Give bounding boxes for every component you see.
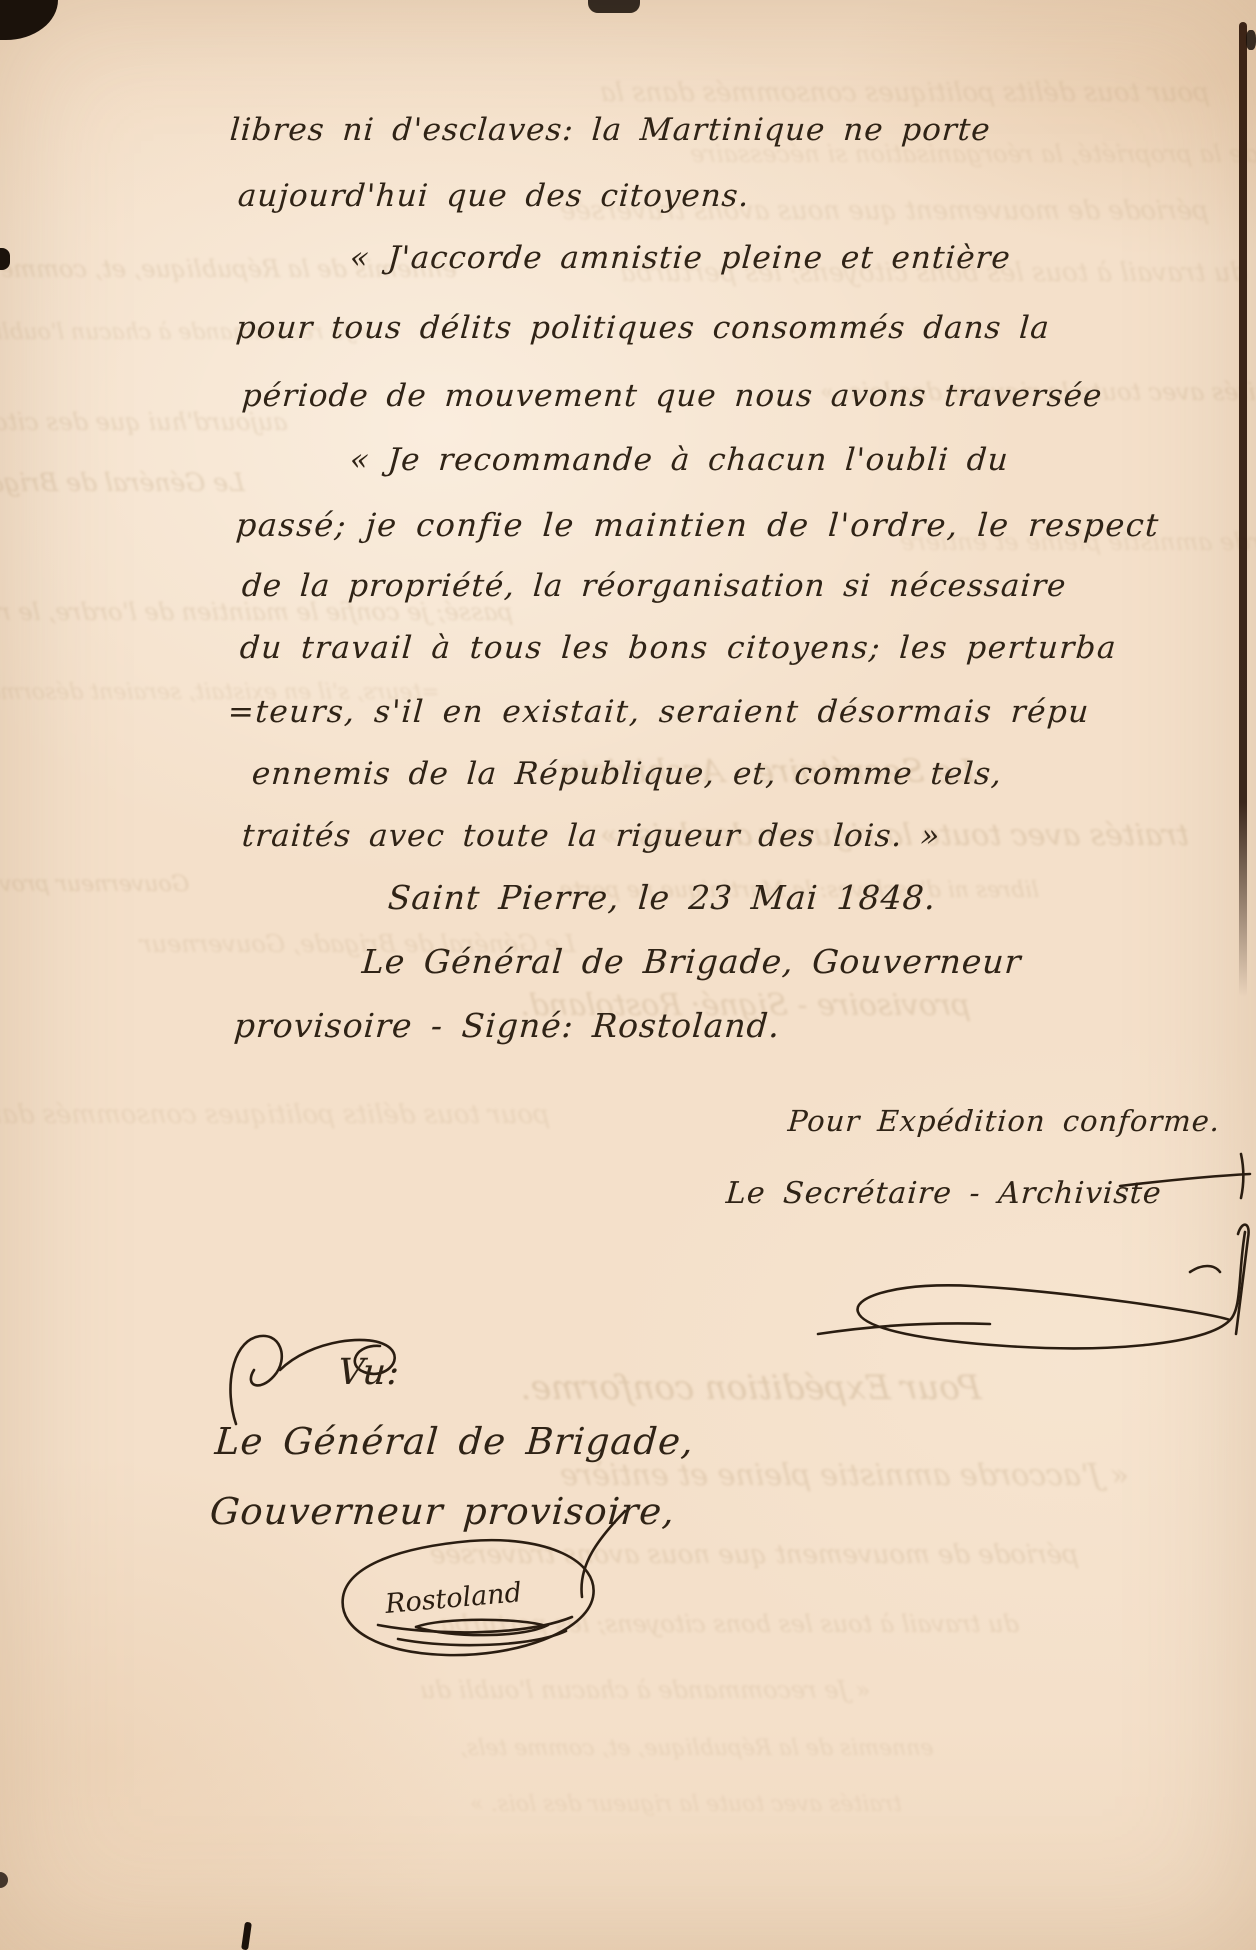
manuscript-line: de la propriété, la réorganisation si né… <box>241 568 1068 604</box>
scan-artifact-left-mark <box>0 248 10 270</box>
manuscript-line: =teurs, s'il en existait, seraient désor… <box>227 694 1091 730</box>
manuscript-line: aujourd'hui que des citoyens. <box>237 178 751 214</box>
bleedthrough-line: Gouverneur provisoire, <box>0 872 190 897</box>
certification-line: Le Secrétaire - Archiviste <box>725 1176 1163 1211</box>
signature-line: Le Général de Brigade, Gouverneur <box>361 942 1023 981</box>
vu-flourish <box>222 1328 442 1428</box>
manuscript-line: traités avec toute la rigueur des lois. … <box>241 818 942 854</box>
bleedthrough-line: « J'accorde amnistie pleine et entière <box>559 1458 1130 1493</box>
bleedthrough-line: « Je recommande à chacun l'oubli du <box>419 1676 871 1704</box>
scan-artifact-top-nick <box>588 0 640 13</box>
scan-artifact-left-mark <box>0 1872 8 1888</box>
manuscript-line: « J'accorde amnistie pleine et entière <box>349 240 1012 276</box>
archiviste-flourish <box>1120 1146 1256 1206</box>
manuscript-line: « Je recommande à chacun l'oubli du <box>349 442 1010 478</box>
manuscript-line: période de mouvement que nous avons trav… <box>241 378 1104 414</box>
scan-artifact-page-gutter-line <box>1239 22 1247 997</box>
manuscript-line: ennemis de la République, et, comme tels… <box>251 756 1004 792</box>
manuscript-page: { "document": { "proclamation_lines": [ … <box>0 0 1256 1950</box>
manuscript-line: libres ni d'esclaves: la Martinique ne p… <box>229 112 992 148</box>
dateline: Saint Pierre, le 23 Mai 1848. <box>387 878 938 917</box>
secretary-signature <box>810 1212 1256 1362</box>
manuscript-line: du travail à tous les bons citoyens; les… <box>239 630 1119 666</box>
bleedthrough-line: Pour Expédition conforme. <box>519 1368 983 1408</box>
bleedthrough-line: traités avec toute la rigueur des lois. … <box>469 1792 902 1817</box>
certification-line: Pour Expédition conforme. <box>787 1104 1222 1138</box>
scan-artifact-top-left-corner <box>0 0 58 40</box>
signature-line: provisoire - Signé: Rostoland. <box>233 1006 782 1045</box>
vu-mark: Vu: <box>337 1352 402 1393</box>
rostoland-signature: Rostoland <box>320 1505 630 1680</box>
bleedthrough-line: pour tous délits politiques consommés da… <box>599 78 1211 108</box>
manuscript-line: pour tous délits politiques consommés da… <box>235 310 1051 346</box>
scan-artifact-bottom-ink-mark <box>241 1922 252 1950</box>
scan-artifact-right-edge-mark <box>1246 30 1256 50</box>
bleedthrough-line: ennemis de la République, et, comme tels… <box>459 1736 934 1761</box>
bleedthrough-line: Le Général de Brigade, <box>0 468 246 497</box>
bleedthrough-line: pour tous délits politiques consommés da… <box>0 1100 551 1130</box>
manuscript-line: passé; je confie le maintien de l'ordre,… <box>235 506 1161 544</box>
rostoland-signature-text: Rostoland <box>383 1577 523 1620</box>
approval-line: Le Général de Brigade, <box>213 1420 695 1463</box>
